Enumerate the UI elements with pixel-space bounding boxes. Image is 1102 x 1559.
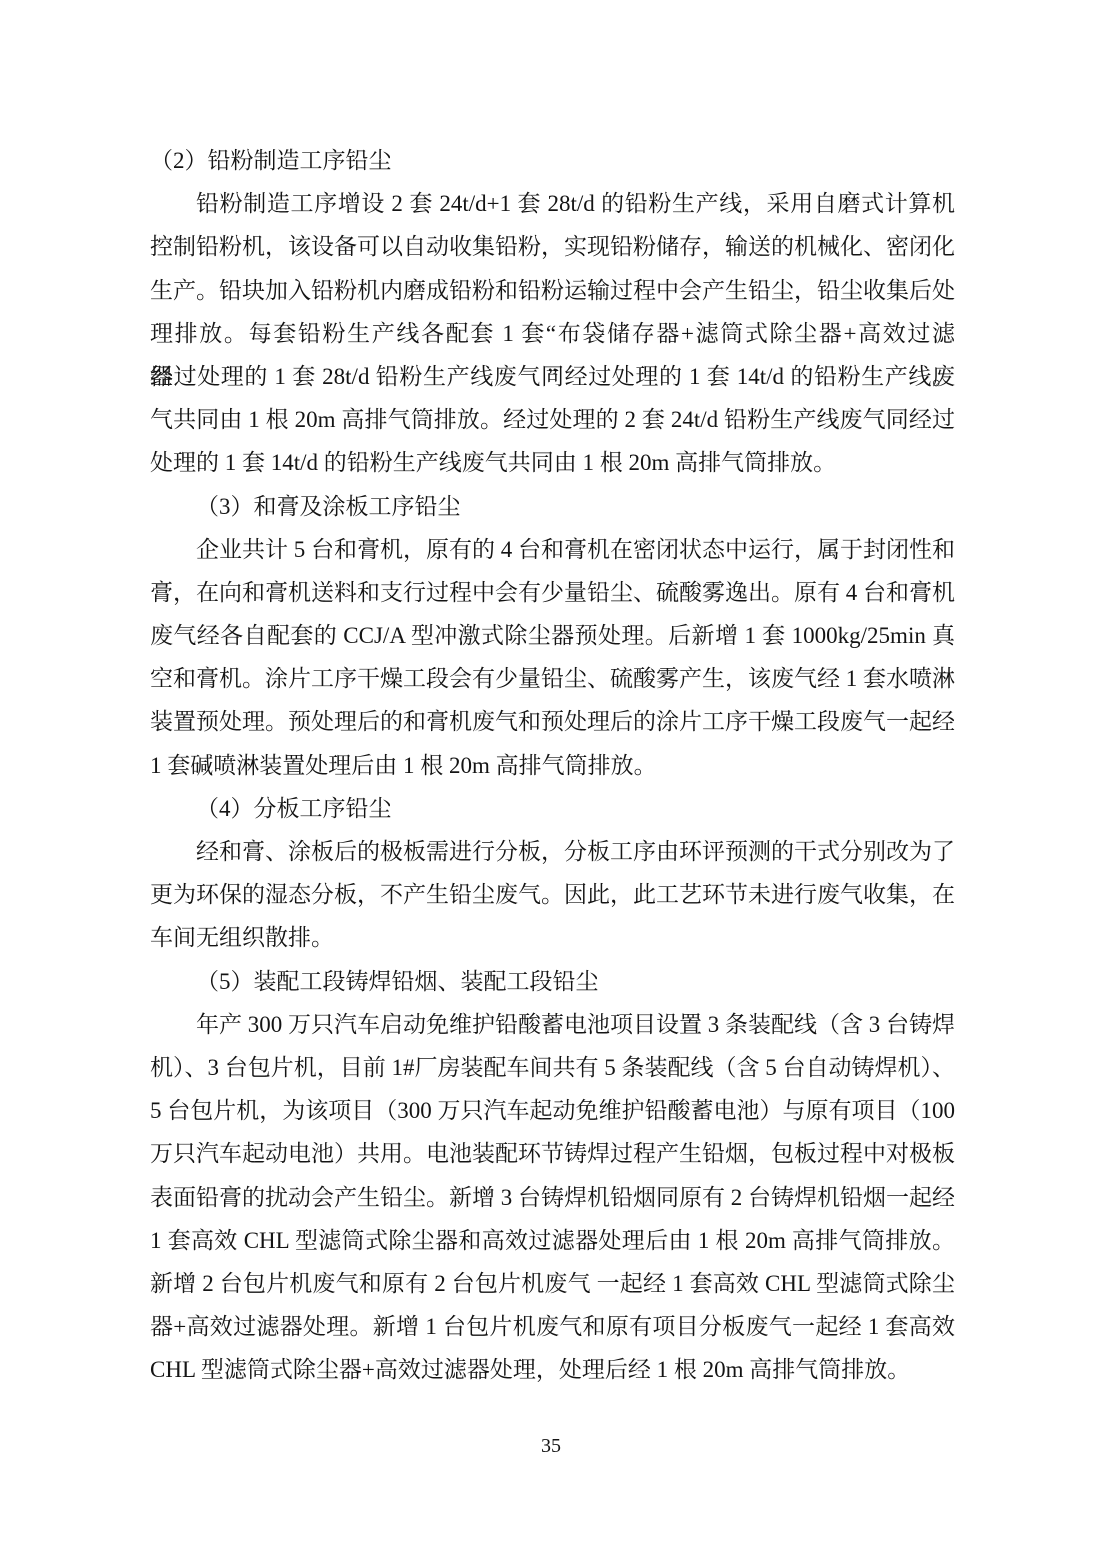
text-line: 装置预处理。预处理后的和膏机废气和预处理后的涂片工序干燥工段废气一起经 — [150, 700, 955, 743]
text-line: 更为环保的湿态分板，不产生铅尘废气。因此，此工艺环节未进行废气收集，在 — [150, 873, 955, 916]
text-line: 企业共计 5 台和膏机，原有的 4 台和膏机在密闭状态中运行，属于封闭性和 — [150, 528, 955, 571]
text-line: 新增 2 台包片机废气和原有 2 台包片机废气 一起经 1 套高效 CHL 型滤… — [150, 1262, 955, 1305]
text-line: 5 台包片机，为该项目（300 万只汽车起动免维护铅酸蓄电池）与原有项目（100 — [150, 1089, 955, 1132]
text-line: 表面铅膏的扰动会产生铅尘。新增 3 台铸焊机铅烟同原有 2 台铸焊机铅烟一起经 — [150, 1176, 955, 1219]
section-heading: （5）装配工段铸焊铅烟、装配工段铅尘 — [150, 960, 955, 1003]
text-line: 经过处理的 1 套 28t/d 铅粉生产线废气同经过处理的 1 套 14t/d … — [150, 355, 955, 398]
text-line: 经和膏、涂板后的极板需进行分板，分板工序由环评预测的干式分别改为了 — [150, 830, 955, 873]
page-number: 35 — [0, 1433, 1102, 1459]
document-page: （2）铅粉制造工序铅尘铅粉制造工序增设 2 套 24t/d+1 套 28t/d … — [0, 0, 1102, 1559]
section-heading: （3）和膏及涂板工序铅尘 — [150, 485, 955, 528]
text-line: 铅粉制造工序增设 2 套 24t/d+1 套 28t/d 的铅粉生产线，采用自磨… — [150, 182, 955, 225]
text-line: 膏，在向和膏机送料和支行过程中会有少量铅尘、硫酸雾逸出。原有 4 台和膏机 — [150, 571, 955, 614]
text-line: 1 套高效 CHL 型滤筒式除尘器和高效过滤器处理后由 1 根 20m 高排气筒… — [150, 1219, 955, 1262]
text-line: 1 套碱喷淋装置处理后由 1 根 20m 高排气筒排放。 — [150, 744, 955, 787]
text-line: 理排放。每套铅粉生产线各配套 1 套“布袋储存器+滤筒式除尘器+高效过滤器”。 — [150, 312, 955, 355]
text-line: 气共同由 1 根 20m 高排气筒排放。经过处理的 2 套 24t/d 铅粉生产… — [150, 398, 955, 441]
text-line: 空和膏机。涂片工序干燥工段会有少量铅尘、硫酸雾产生，该废气经 1 套水喷淋 — [150, 657, 955, 700]
text-line: 器+高效过滤器处理。新增 1 台包片机废气和原有项目分板废气一起经 1 套高效 — [150, 1305, 955, 1348]
text-line: 生产。铅块加入铅粉机内磨成铅粉和铅粉运输过程中会产生铅尘，铅尘收集后处 — [150, 269, 955, 312]
text-line: CHL 型滤筒式除尘器+高效过滤器处理，处理后经 1 根 20m 高排气筒排放。 — [150, 1348, 955, 1391]
text-line: 年产 300 万只汽车启动免维护铅酸蓄电池项目设置 3 条装配线（含 3 台铸焊 — [150, 1003, 955, 1046]
document-body: （2）铅粉制造工序铅尘铅粉制造工序增设 2 套 24t/d+1 套 28t/d … — [150, 139, 955, 1391]
text-line: 车间无组织散排。 — [150, 916, 955, 959]
section-heading: （4）分板工序铅尘 — [150, 787, 955, 830]
text-line: 机）、3 台包片机，目前 1#厂房装配车间共有 5 条装配线（含 5 台自动铸焊… — [150, 1046, 955, 1089]
text-line: 控制铅粉机，该设备可以自动收集铅粉，实现铅粉储存，输送的机械化、密闭化 — [150, 225, 955, 268]
text-line: 废气经各自配套的 CCJ/A 型冲激式除尘器预处理。后新增 1 套 1000kg… — [150, 614, 955, 657]
text-line: 处理的 1 套 14t/d 的铅粉生产线废气共同由 1 根 20m 高排气筒排放… — [150, 441, 955, 484]
section-heading: （2）铅粉制造工序铅尘 — [150, 139, 955, 182]
text-line: 万只汽车起动电池）共用。电池装配环节铸焊过程产生铅烟，包板过程中对极板 — [150, 1132, 955, 1175]
